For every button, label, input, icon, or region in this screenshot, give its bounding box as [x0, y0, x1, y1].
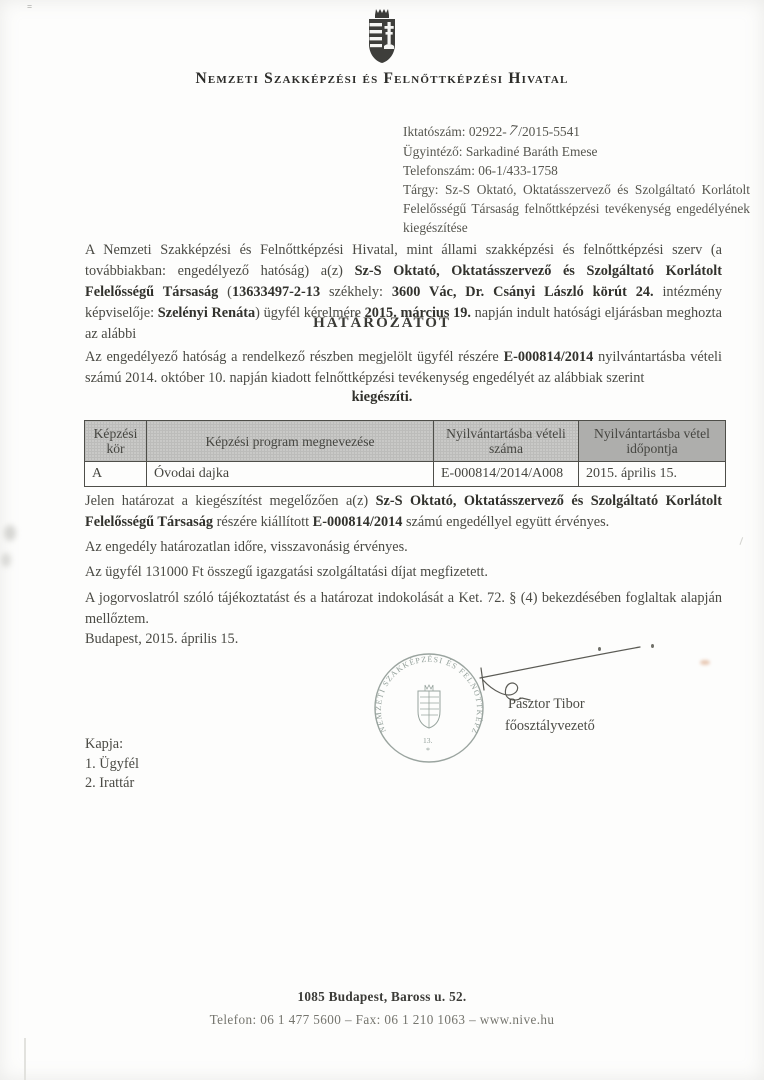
table-header-row: Képzési kör Képzési program megnevezése … — [85, 421, 726, 462]
col-header-program-name: Képzési program megnevezése — [147, 421, 434, 462]
text-run: számú engedéllyel együtt érvényes. — [402, 514, 609, 530]
footer-contact: Telefon: 06 1 477 5600 – Fax: 06 1 210 1… — [0, 1012, 764, 1028]
signer-title: főosztályvezető — [505, 718, 595, 735]
text-run: részére kiállított — [213, 514, 313, 530]
phone-line: Telefonszám: 06-1/433-1758 — [403, 161, 750, 180]
scanned-document-page: = Nemzeti Szakképzési és Felnőttképzési … — [0, 0, 764, 1080]
text-run: Jelen határozat a kiegészítést megelőzőe… — [85, 493, 376, 509]
company-address: 3600 Vác, Dr. Csányi László körút 24. — [392, 284, 654, 300]
scan-smudge — [4, 525, 16, 541]
text-run: Az engedélyező hatóság a rendelkező rész… — [85, 349, 504, 365]
scan-smudge — [1, 553, 11, 567]
table-row: A Óvodai dajka E-000814/2014/A008 2015. … — [85, 462, 726, 487]
decision-heading: HATÁROZATOT — [0, 315, 764, 332]
signer-name: Pásztor Tibor — [508, 696, 585, 713]
col-header-registration-number: Nyilvántartásba vételi száma — [434, 421, 579, 462]
scan-smudge — [700, 660, 710, 665]
validity-paragraph: Jelen határozat a kiegészítést megelőzőe… — [85, 491, 722, 533]
distribution-item: 2. Irattár — [85, 774, 139, 794]
cell-program-name: Óvodai dajka — [147, 462, 434, 487]
text-run: ( — [218, 284, 232, 300]
cell-registration-number: E-000814/2014/A008 — [434, 462, 579, 487]
registration-number-suffix: /2015-5541 — [518, 124, 580, 139]
duration-paragraph: Az engedély határozatlan időre, visszavo… — [85, 537, 722, 558]
decision-paragraph: Az engedélyező hatóság a rendelkező rész… — [85, 347, 722, 389]
stamp-star: * — [426, 746, 430, 755]
permit-number: E-000814/2014 — [504, 349, 594, 365]
fee-paragraph: Az ügyfél 131000 Ft összegű igazgatási s… — [85, 562, 722, 583]
signature-scribble — [450, 640, 665, 704]
tax-number: 13633497-2-13 — [232, 284, 320, 300]
subject-line: Tárgy: Sz-S Oktató, Oktatásszervező és S… — [403, 180, 750, 237]
training-program-table: Képzési kör Képzési program megnevezése … — [84, 420, 726, 487]
distribution-list: Kapja: 1. Ügyfél 2. Irattár — [85, 735, 139, 794]
distribution-label: Kapja: — [85, 735, 139, 755]
scan-mark — [734, 535, 743, 545]
document-meta-block: Iktatószám: 02922-7/2015-5541 Ügyintéző:… — [403, 122, 750, 237]
supplement-emphasis: kiegészíti. — [0, 389, 764, 406]
legal-remedy-paragraph: A jogorvoslatról szóló tájékoztatást és … — [85, 588, 722, 630]
cell-registration-date: 2015. április 15. — [579, 462, 726, 487]
organization-name: Nemzeti Szakképzési és Felnőttképzési Hi… — [0, 70, 764, 88]
col-header-training-circle: Képzési kör — [85, 421, 147, 462]
scan-line — [24, 1038, 26, 1080]
permit-number: E-000814/2014 — [313, 514, 403, 530]
distribution-item: 1. Ügyfél — [85, 755, 139, 775]
hungarian-coat-of-arms-icon — [364, 6, 400, 66]
registration-number-line: Iktatószám: 02922-7/2015-5541 — [403, 122, 750, 142]
case-officer-line: Ügyintéző: Sarkadiné Baráth Emese — [403, 142, 750, 161]
footer-address: 1085 Budapest, Baross u. 52. — [0, 989, 764, 1005]
registration-number-prefix: Iktatószám: 02922- — [403, 124, 507, 139]
col-header-registration-date: Nyilvántartásba vétel időpontja — [579, 421, 726, 462]
handwritten-digit: 7 — [506, 121, 520, 141]
scan-mark-top-left: = — [27, 5, 41, 14]
text-run: székhely: — [320, 284, 392, 300]
stamp-number: 13. — [423, 736, 433, 745]
cell-training-circle: A — [85, 462, 147, 487]
